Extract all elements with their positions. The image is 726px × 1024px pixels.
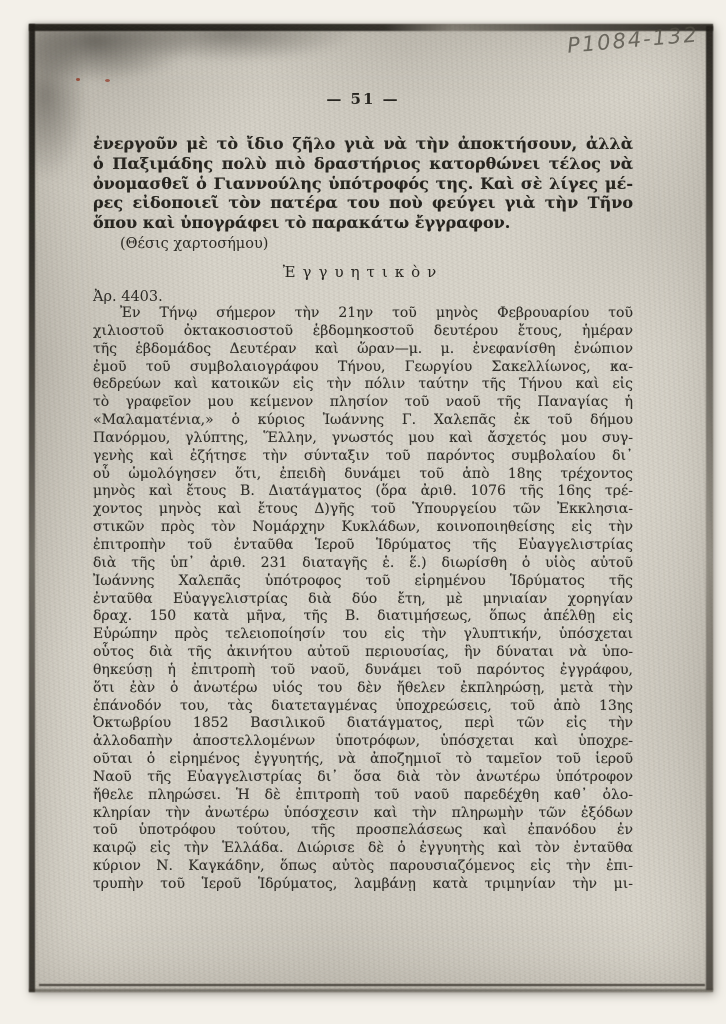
text-line: οὗτος διὰ τῆς ἀκινήτου αὐτοῦ περιουσίας,… (93, 644, 633, 662)
text-line: χιλιοστοῦ ὀκτακοσιοστοῦ ἑβδομηκοστοῦ δευ… (93, 323, 633, 341)
text-line: ἐπιτροπὴν τοῦ ἐνταῦθα Ἱεροῦ Ἱδρύματος τῆ… (93, 537, 633, 555)
text-line: ὅτι ἐὰν ὁ ἀνωτέρω υἱός του δὲν ἤθελεν ἐκ… (93, 680, 633, 698)
red-ink-speck (76, 78, 80, 81)
text-line: χοντος μηνὸς καὶ ἔτους Δ)γῆς τοῦ Ὑπουργε… (93, 501, 633, 519)
page-edge-left (29, 24, 35, 992)
text-line: ὅπου καὶ ὑπογράφει τὸ παρακάτω ἔγγραφον. (93, 213, 633, 233)
text-line: θηκεύσῃ ἡ ἐπιτροπὴ τοῦ ναοῦ, δυνάμει τοῦ… (93, 662, 633, 680)
text-line: γενὴς καὶ ἐζήτησε τὴν σύνταξιν τοῦ παρόν… (93, 448, 633, 466)
text-line: κληρίαν τὴν ἀνωτέρω ὑπόσχεσιν καὶ τὴν πλ… (93, 805, 633, 823)
text-line: κύριον Ν. Καγκάδην, ὅπως αὐτὸς παρουσιαζ… (93, 858, 633, 876)
text-line: Ὀκτωβρίου 1852 Βασιλικοῦ διατάγματος, πε… (93, 715, 633, 733)
text-line: ἐμοῦ τοῦ συμβολαιογράφου Τήνου, Γεωργίου… (93, 359, 633, 377)
intro-paragraph: ἐνεργοῦν μὲ τὸ ἴδιο ζῆλο γιὰ νὰ τὴν ἀποκ… (93, 134, 633, 233)
text-line: Πανόρμου, γλύπτης, Ἕλλην, γνωστός μου κα… (93, 430, 633, 448)
page-number: — 51 — (93, 90, 633, 108)
text-line: ἀλλοδαπὴν ἀποστελλομένων ὑποτρόφων, ὑπόσ… (93, 733, 633, 751)
text-line: τὸ γραφεῖον μου κείμενον πλησίον τοῦ ναο… (93, 394, 633, 412)
text-line: μηνὸς καὶ ἔτους Β. Διατάγματος (ὅρα ἀριθ… (93, 483, 633, 501)
text-line: θεδρεύων καὶ κατοικῶν εἰς τὴν πόλιν ταύτ… (93, 376, 633, 394)
text-line: Ἰωάννης Χαλεπᾶς ὑπότροφος τοῦ εἰρημένου … (93, 573, 633, 591)
text-line: «Μαλαματένια,» ὁ κύριος Ἰωάννης Γ. Χαλεπ… (93, 412, 633, 430)
text-line: τρυπὴν τοῦ Ἱεροῦ Ἱδρύματος, λαμβάνῃ κατὰ… (93, 876, 633, 894)
deed-number: Ἀρ. 4403. (93, 289, 633, 305)
deed-title: Ἐγγυητικὸν (93, 263, 633, 281)
red-ink-speck (105, 79, 110, 82)
text-line: δραχ. 150 κατὰ μῆνα, τῆς Β. διατιμήσεως,… (93, 608, 633, 626)
page-edge-bottom-line (39, 984, 705, 986)
text-line: καιρῷ εἰς τὴν Ἑλλάδα. Διώρισε δὲ ὁ ἐγγυη… (93, 840, 633, 858)
text-line: στικῶν πρὸς τὸν Νομάρχην Κυκλάδων, κοινο… (93, 519, 633, 537)
stamp-placement-note: (Θέσις χαρτοσήμου) (93, 236, 660, 252)
text-line: τοῦ ὑποτρόφου τούτου, τῆς προσπελάσεως κ… (93, 822, 633, 840)
text-line: ἤθελε πληρώσει. Ἡ δὲ ἐπιτροπὴ τοῦ ναοῦ π… (93, 787, 633, 805)
text-line: Ναοῦ τῆς Εὐαγγελιστρίας δι᾽ ὅσα διὰ τὸν … (93, 769, 633, 787)
text-line: τῆς ἑβδομάδος Δευτέραν καὶ ὥραν—μ. μ. ἐν… (93, 341, 633, 359)
text-line: διὰ τῆς ὑπ᾽ ἀριθ. 231 διαταγῆς ἑ. ἕ.) δι… (93, 555, 633, 573)
text-line: ἐπάνοδόν του, τὰς διατεταγμένας ὑποχρεώσ… (93, 698, 633, 716)
text-line: Εὐρώπην πρὸς τελειοποίησίν του εἰς τὴν γ… (93, 626, 633, 644)
deed-body-paragraph: Ἐν Τήνῳ σήμερον τὴν 21ην τοῦ μηνὸς Φεβρο… (93, 305, 633, 894)
text-line: ὁ Παξιμάδης πολὺ πιὸ δραστήριος κατορθών… (93, 154, 633, 174)
text-line: οὗ ὡμολόγησεν ὅτι, ἐπειδὴ δυνάμει τοῦ ἀπ… (93, 466, 633, 484)
text-line: ἐνεργοῦν μὲ τὸ ἴδιο ζῆλο γιὰ νὰ τὴν ἀποκ… (93, 134, 633, 154)
text-line: ὀνομασθεῖ ὁ Γιαννούλης ὑπότροφός της. Κα… (93, 174, 633, 194)
text-line: οῦται ὁ εἰρημένος ἐγγυητής, νὰ ἀποζημιοῖ… (93, 751, 633, 769)
text-line: Ἐν Τήνῳ σήμερον τὴν 21ην τοῦ μηνὸς Φεβρο… (93, 305, 633, 323)
page-edge-right (706, 26, 713, 990)
text-line: ἐνταῦθα Εὐαγγελιστρίας διὰ δύο ἔτη, μὲ μ… (93, 591, 633, 609)
page-edge-bottom-shadow (29, 989, 713, 992)
text-line: ρες εἰδοποιεῖ τὸν πατέρα του ποὺ φεύγει … (93, 193, 633, 213)
scanned-page: P1084-132 — 51 — ἐνεργοῦν μὲ τὸ ἴδιο ζῆλ… (29, 24, 713, 992)
